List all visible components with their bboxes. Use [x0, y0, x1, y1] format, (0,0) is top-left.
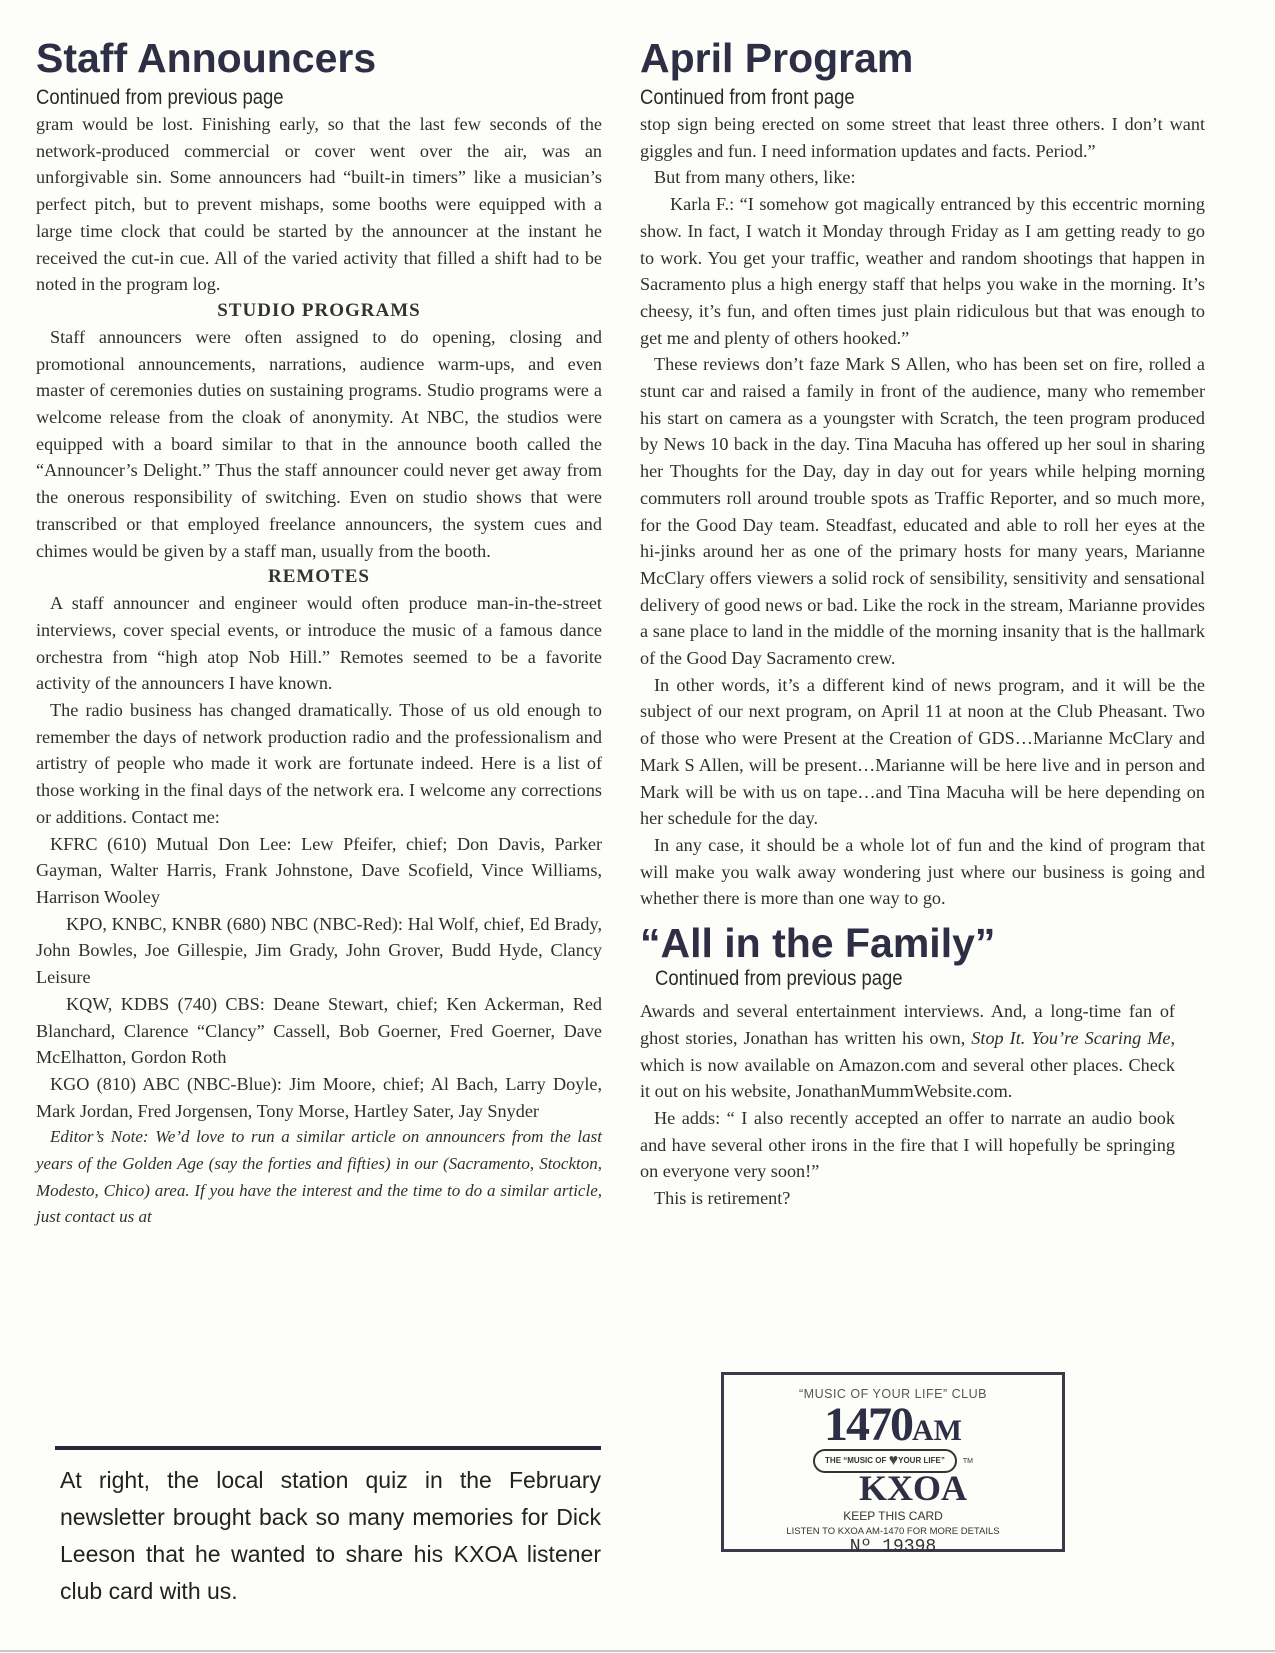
paragraph: These reviews don’t faze Mark S Allen, w… — [640, 351, 1205, 671]
station-roster: KFRC (610) Mutual Don Lee: Lew Pfeifer, … — [36, 831, 602, 911]
paragraph: But from many others, like: — [640, 164, 1205, 191]
continued-note: Continued from front page — [640, 85, 1137, 111]
remotes-paragraph: A staff announcer and engineer would oft… — [36, 590, 602, 697]
keep-card-note: KEEP THIS CARD — [724, 1509, 1062, 1523]
continued-note: Continued from previous page — [655, 966, 1113, 992]
station-roster: KQW, KDBS (740) CBS: Deane Stewart, chie… — [36, 991, 602, 1071]
book-title: Stop It. You’re Scaring Me — [971, 1028, 1170, 1048]
all-in-the-family-article: “All in the Family” Continued from previ… — [640, 920, 1175, 1212]
paragraph: In any case, it should be a whole lot of… — [640, 832, 1205, 912]
card-caption: At right, the local station quiz in the … — [60, 1462, 601, 1610]
article-headline: “All in the Family” — [640, 920, 1175, 966]
article-headline: Staff Announcers — [36, 35, 602, 81]
paragraph: This is retirement? — [640, 1185, 1175, 1212]
intro-paragraph: gram would be lost. Finishing early, so … — [36, 111, 602, 298]
editors-note: Editor’s Note: We’d love to run a simila… — [36, 1124, 602, 1231]
staff-announcers-article: Staff Announcers Continued from previous… — [36, 0, 602, 1231]
heart-icon: ♥ — [889, 1452, 899, 1469]
paragraph: He adds: “ I also recently accepted an o… — [640, 1105, 1175, 1185]
article-headline: April Program — [640, 35, 1205, 81]
station-roster: KGO (810) ABC (NBC-Blue): Jim Moore, chi… — [36, 1071, 602, 1124]
paragraph: stop sign being erected on some street t… — [640, 111, 1205, 164]
kxoa-club-card: “MUSIC OF YOUR LIFE” CLUB 1470AM THE “MU… — [721, 1372, 1065, 1552]
slogan-pill: THE “MUSIC OF ♥YOUR LIFE” — [813, 1449, 957, 1473]
studio-paragraph: Staff announcers were often assigned to … — [36, 324, 602, 564]
station-call-letters: KXOA — [764, 1473, 1062, 1503]
paragraph: Awards and several entertainment intervi… — [640, 998, 1175, 1105]
section-heading-studio: STUDIO PROGRAMS — [36, 298, 602, 324]
station-roster: KPO, KNBC, KNBR (680) NBC (NBC-Red): Hal… — [36, 911, 602, 991]
quote-paragraph: Karla F.: “I somehow got magically entra… — [640, 191, 1205, 351]
divider-rule — [55, 1446, 601, 1450]
remotes-paragraph: The radio business has changed dramatica… — [36, 697, 602, 831]
page-edge — [0, 1650, 1275, 1652]
section-heading-remotes: REMOTES — [36, 564, 602, 590]
listen-note: LISTEN TO KXOA AM-1470 FOR MORE DETAILS — [724, 1526, 1062, 1537]
paragraph: In other words, it’s a different kind of… — [640, 672, 1205, 832]
card-serial-number: Nº 19398 — [724, 1537, 1062, 1557]
station-frequency: 1470AM — [724, 1403, 1062, 1447]
continued-note: Continued from previous page — [36, 85, 534, 111]
april-program-article: April Program Continued from front page … — [640, 0, 1205, 1212]
